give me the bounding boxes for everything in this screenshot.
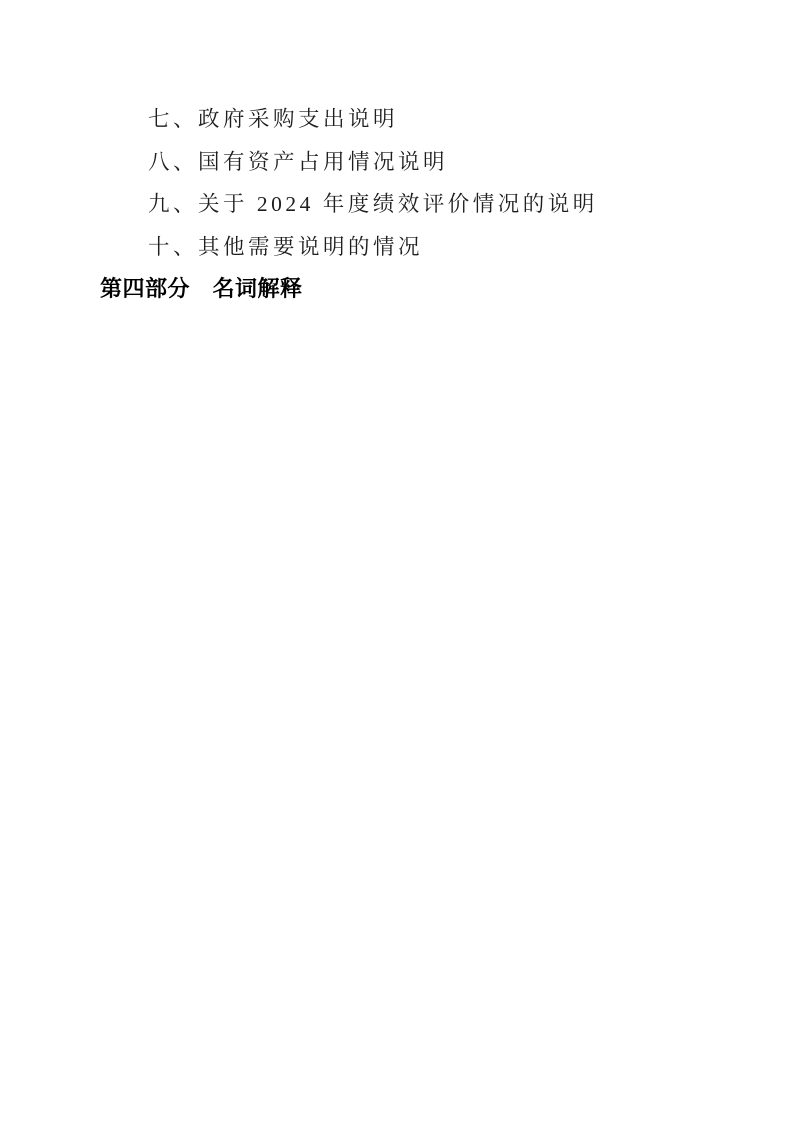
toc-item-10: 十、其他需要说明的情况: [100, 226, 700, 269]
section-heading-part4: 第四部分 名词解释: [100, 268, 700, 311]
toc-item-7: 七、政府采购支出说明: [100, 98, 700, 141]
document-page: 七、政府采购支出说明 八、国有资产占用情况说明 九、关于 2024 年度绩效评价…: [0, 0, 793, 1122]
document-content: 七、政府采购支出说明 八、国有资产占用情况说明 九、关于 2024 年度绩效评价…: [100, 98, 700, 311]
toc-item-8: 八、国有资产占用情况说明: [100, 141, 700, 184]
toc-item-9: 九、关于 2024 年度绩效评价情况的说明: [100, 183, 700, 226]
